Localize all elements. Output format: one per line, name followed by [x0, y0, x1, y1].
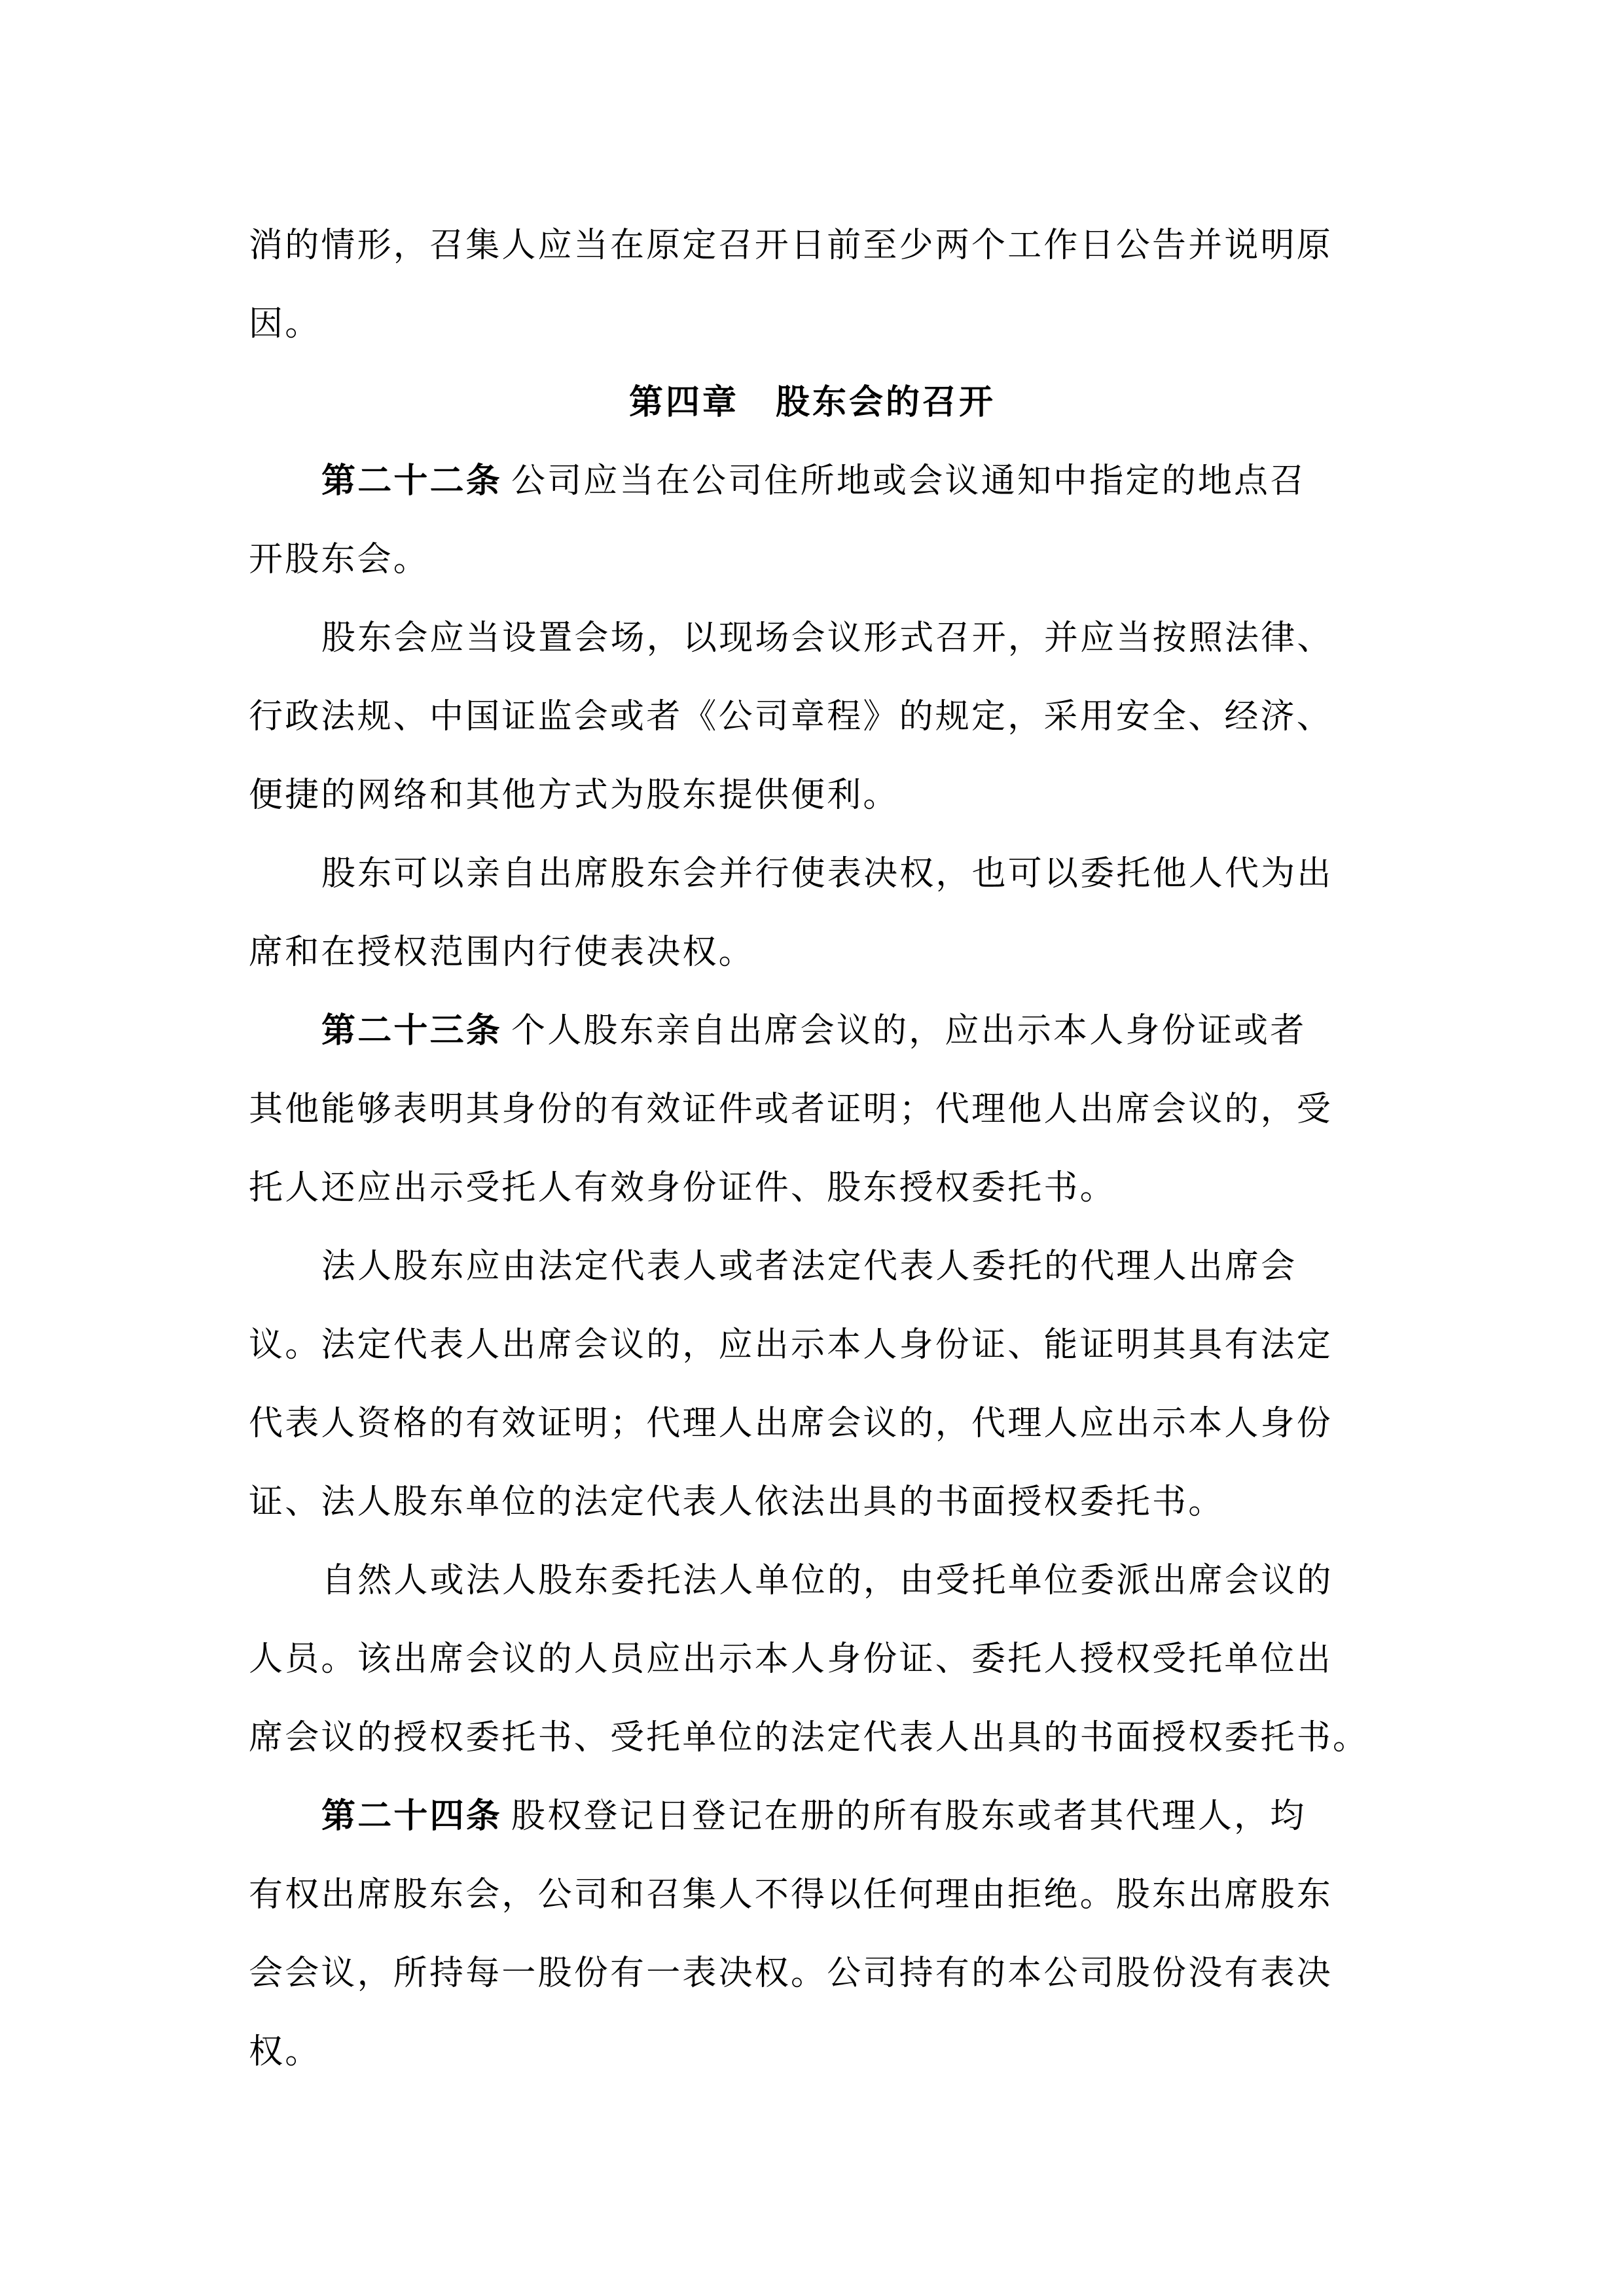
text-line: 其他能够表明其身份的有效证件或者证明；代理他人出席会议的，受	[249, 1086, 1376, 1132]
article-22-line: 第二十二条公司应当在公司住所地或会议通知中指定的地点召	[321, 458, 1376, 504]
text-line: 有权出席股东会，公司和召集人不得以任何理由拒绝。股东出席股东	[249, 1872, 1376, 1918]
text-line: 因。	[249, 301, 1376, 347]
text-line: 股权登记日登记在册的所有股东或者其代理人，均	[511, 1797, 1306, 1836]
chapter-title: 股东会的召开	[776, 382, 996, 422]
text-line: 股东会应当设置会场，以现场会议形式召开，并应当按照法律、	[321, 615, 1376, 661]
text-line: 会会议，所持每一股份有一表决权。公司持有的本公司股份没有表决	[249, 1950, 1376, 1996]
article-23-line: 第二十三条个人股东亲自出席会议的，应出示本人身份证或者	[321, 1008, 1376, 1054]
text-line: 开股东会。	[249, 537, 1376, 583]
article-24-line: 第二十四条股权登记日登记在册的所有股东或者其代理人，均	[321, 1793, 1376, 1839]
text-line: 自然人或法人股东委托法人单位的，由受托单位委派出席会议的	[321, 1558, 1376, 1604]
chapter-number: 第四章	[629, 382, 739, 422]
text-line: 法人股东应由法定代表人或者法定代表人委托的代理人出席会	[321, 1244, 1376, 1289]
text-line: 席和在授权范围内行使表决权。	[249, 929, 1376, 975]
text-line: 便捷的网络和其他方式为股东提供便利。	[249, 772, 1376, 818]
chapter-heading: 第四章股东会的召开	[249, 380, 1376, 425]
text-line: 席会议的授权委托书、受托单位的法定代表人出具的书面授权委托书。	[249, 1715, 1376, 1761]
text-line: 个人股东亲自出席会议的，应出示本人身份证或者	[511, 1011, 1306, 1050]
article-22-label: 第二十二条	[321, 461, 502, 501]
article-23-label: 第二十三条	[321, 1011, 502, 1050]
text-line: 代表人资格的有效证明；代理人出席会议的，代理人应出示本人身份	[249, 1401, 1376, 1446]
text-line: 议。法定代表人出席会议的，应出示本人身份证、能证明其具有法定	[249, 1322, 1376, 1368]
text-line: 公司应当在公司住所地或会议通知中指定的地点召	[511, 461, 1306, 501]
text-line: 证、法人股东单位的法定代表人依法出具的书面授权委托书。	[249, 1479, 1376, 1525]
article-24-label: 第二十四条	[321, 1796, 502, 1836]
text-line: 权。	[249, 2029, 1376, 2075]
text-line: 托人还应出示受托人有效身份证件、股东授权委托书。	[249, 1165, 1376, 1211]
text-line: 股东可以亲自出席股东会并行使表决权，也可以委托他人代为出	[321, 851, 1376, 897]
text-line: 消的情形，召集人应当在原定召开日前至少两个工作日公告并说明原	[249, 223, 1376, 268]
text-line: 行政法规、中国证监会或者《公司章程》的规定，采用安全、经济、	[249, 694, 1376, 740]
text-line: 人员。该出席会议的人员应出示本人身份证、委托人授权受托单位出	[249, 1636, 1376, 1682]
document-page: 消的情形，召集人应当在原定召开日前至少两个工作日公告并说明原 因。 第四章股东会…	[0, 0, 1624, 2296]
